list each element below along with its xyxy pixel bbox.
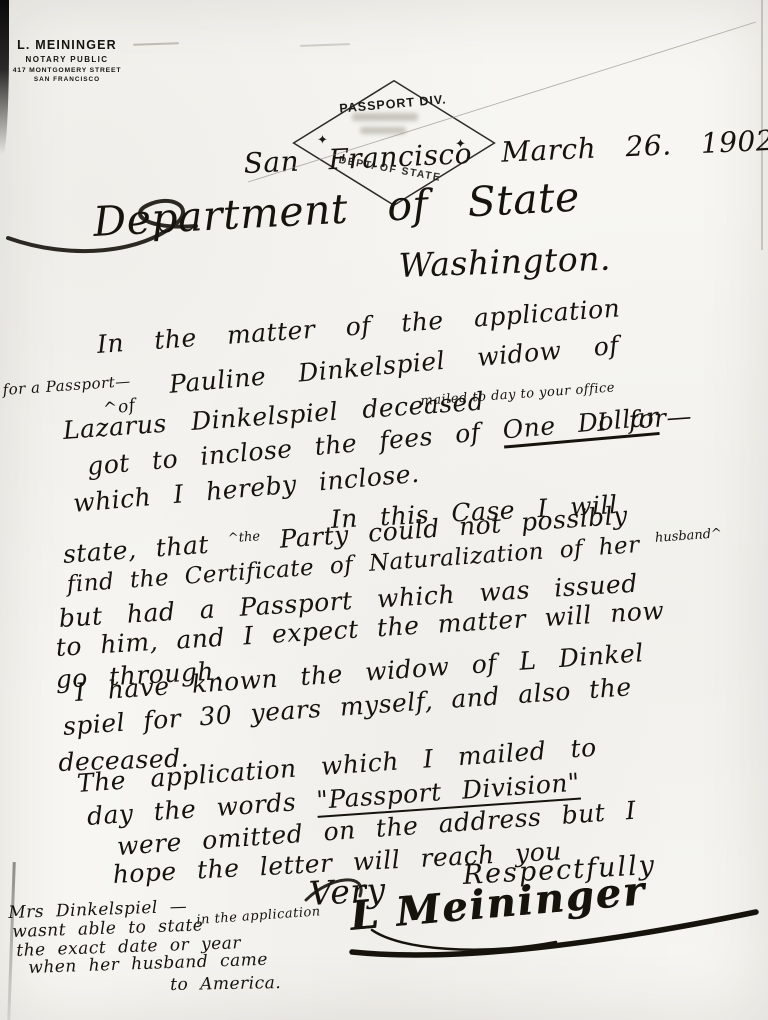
stamp-star-left-icon: ✦	[317, 133, 328, 148]
scan-smudge	[300, 43, 350, 47]
letterhead-city: SAN FRANCISCO	[6, 76, 128, 83]
postscript-insertion: in the application	[196, 904, 321, 928]
letter-page: L. MEININGER NOTARY PUBLIC 417 MONTGOMER…	[0, 0, 768, 1020]
stamp-star-right-icon: ✦	[455, 137, 466, 152]
interline-insertion: ^the	[227, 529, 260, 546]
recipient-line-2: Washington.	[398, 239, 611, 285]
stamp-faint-date-smudge	[352, 113, 418, 121]
letterhead-title: NOTARY PUBLIC	[6, 55, 128, 64]
stamp-faint-date-smudge	[360, 127, 406, 134]
recipient-line-1: Department of State	[92, 173, 581, 246]
postscript-line: to America.	[170, 973, 281, 995]
scan-smudge	[133, 42, 179, 46]
letterhead-name: L. MEININGER	[6, 38, 128, 52]
margin-note: for a Passport—	[2, 372, 131, 399]
underlined-one-dollar: One Dollar	[501, 402, 660, 448]
letterhead-address: 417 MONTGOMERY STREET	[6, 67, 128, 74]
interline-insertion: husband^	[654, 526, 722, 546]
letterhead: L. MEININGER NOTARY PUBLIC 417 MONTGOMER…	[6, 38, 128, 83]
